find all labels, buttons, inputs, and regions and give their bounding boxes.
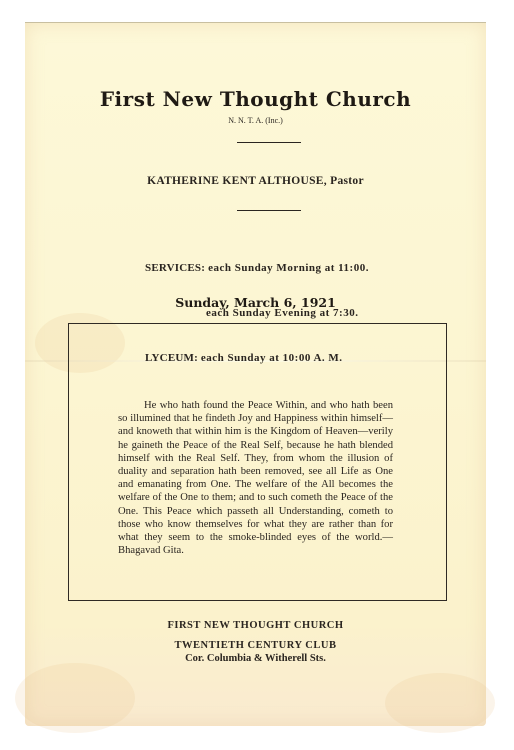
church-bulletin-page: First New Thought Church N. N. T. A. (In… [25,22,486,726]
service-time: each Sunday Morning at 11:00. [208,262,369,274]
church-subtitle: N. N. T. A. (Inc.) [25,116,486,125]
divider-rule [237,210,301,211]
pastor-role: Pastor [330,175,364,187]
pastor-line: KATHERINE KENT ALTHOUSE, Pastor [25,175,486,187]
paper-stain [15,663,135,733]
pastor-name: KATHERINE KENT ALTHOUSE, [147,175,327,187]
quote-box: He who hath found the Peace Within, and … [68,323,447,601]
service-label: SERVICES [145,262,201,274]
footer-address: Cor. Columbia & Witherell Sts. [25,653,486,664]
footer-church-name: FIRST NEW THOUGHT CHURCH [25,620,486,631]
bulletin-date: Sunday, March 6, 1921 [25,295,486,310]
paper-stain [385,673,495,733]
footer-venue: TWENTIETH CENTURY CLUB [25,640,486,651]
quote-text: He who hath found the Peace Within, and … [118,399,393,557]
service-row: SERVICES: each Sunday Morning at 11:00. [145,261,369,276]
church-title: First New Thought Church [25,87,486,111]
divider-rule [237,142,301,143]
